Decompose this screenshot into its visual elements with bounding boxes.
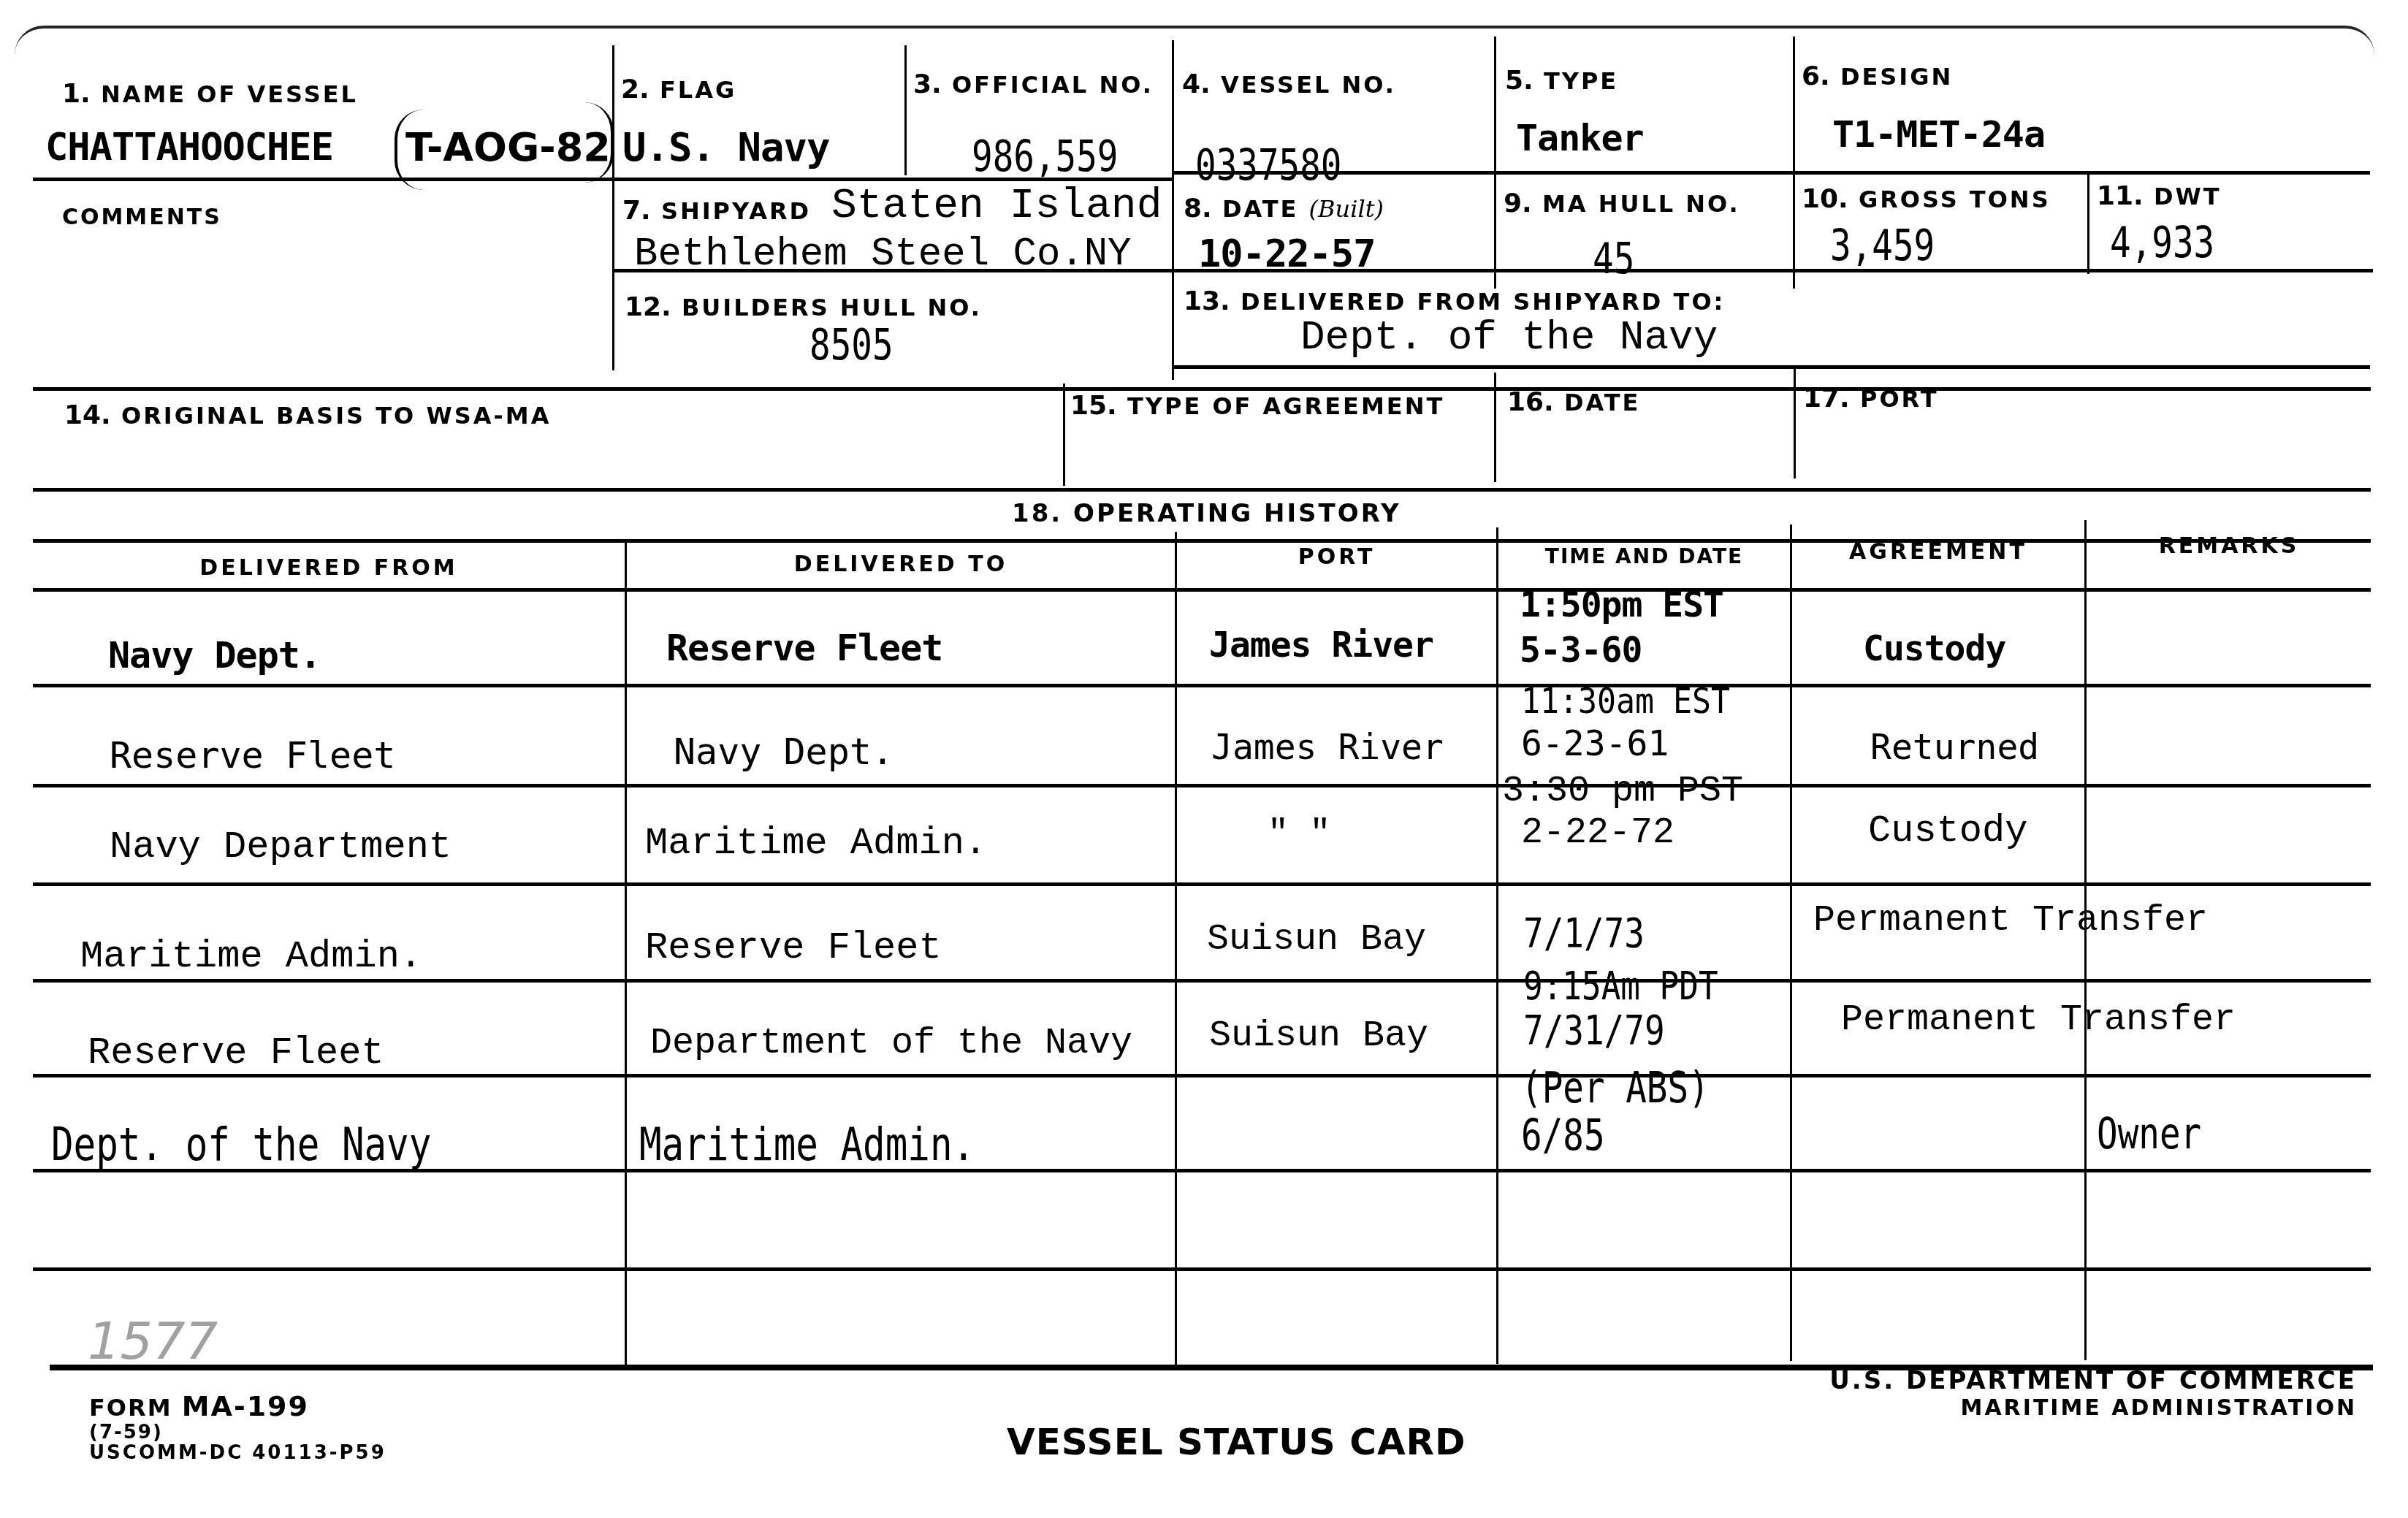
ma-hull-no-label: 9. MA HULL NO.: [1504, 188, 1740, 218]
gross-tons-value: 3,459: [1830, 221, 1935, 270]
cell-delivered-to: Reserve Fleet: [666, 627, 942, 669]
type-of-agreement-label: 15. TYPE OF AGREEMENT: [1070, 391, 1444, 421]
cell-date: 5-3-60: [1520, 630, 1642, 671]
divider: [625, 539, 627, 1368]
builders-hull-no-value: 8505: [809, 320, 894, 370]
cell-port: Suisun Bay: [1207, 919, 1426, 961]
operating-history-title: 18. OPERATING HISTORY: [1012, 499, 1401, 528]
cell-agreement: Custody: [1868, 809, 2027, 853]
cell-time: 3:30 pm PST: [1502, 771, 1743, 812]
shipyard-value-line1: Staten Island: [831, 183, 1162, 230]
name-of-vessel-label: 1. NAME OF VESSEL: [62, 79, 358, 109]
form-revision: (7-59): [89, 1422, 386, 1443]
card-top-edge: [15, 26, 2374, 55]
cell-delivered-from: Navy Department: [110, 825, 451, 869]
divider: [33, 684, 2371, 687]
divider: [1494, 373, 1496, 482]
cell-delivered-from: Dept. of the Navy: [51, 1118, 431, 1171]
cell-agreement: Permanent Transfer: [1813, 900, 2208, 942]
official-no-value: 986,559: [972, 131, 1118, 181]
comments-label: COMMENTS: [62, 205, 222, 230]
cell-time: 1:50pm EST: [1520, 584, 1723, 625]
vessel-no-label: 4. VESSEL NO.: [1182, 69, 1396, 99]
cell-port: Suisun Bay: [1209, 1015, 1428, 1057]
col-header-port: PORT: [1177, 544, 1496, 570]
divider: [1063, 384, 1065, 486]
cell-agreement: Custody: [1863, 628, 2005, 669]
port-label: 17. PORT: [1803, 384, 1939, 413]
flag-label: 2. FLAG: [621, 75, 736, 104]
cell-date: 2-22-72: [1521, 812, 1674, 854]
dwt-label: 11. DWT: [2097, 181, 2222, 211]
hull-designation-handwritten: T-AOG-82: [405, 124, 611, 170]
date-built-value: 10-22-57: [1198, 232, 1375, 276]
divider: [1494, 37, 1496, 289]
cell-date: 7/1/73: [1523, 909, 1645, 957]
divider: [1172, 171, 2370, 175]
cell-delivered-from: Navy Dept.: [108, 634, 321, 676]
delivered-from-shipyard-value: Dept. of the Navy: [1300, 314, 1718, 361]
divider: [1172, 365, 2370, 369]
original-basis-label: 14. ORIGINAL BASIS TO WSA-MA: [64, 400, 551, 430]
form-identifier: FORM MA-199 (7-59) USCOMM-DC 40113-P59: [89, 1392, 386, 1464]
flag-value: U.S. Navy: [622, 124, 830, 170]
cell-time: 9:15Am PDT: [1523, 963, 1718, 1009]
divider: [1794, 369, 1796, 478]
col-header-delivered-to: DELIVERED TO: [627, 552, 1175, 577]
divider: [1172, 40, 1174, 380]
divider: [1496, 527, 1498, 1364]
divider: [33, 488, 2371, 492]
date-built-label: 8. DATE (Built): [1184, 194, 1384, 224]
cell-port: " ": [1268, 815, 1330, 854]
ma-hull-no-value: 45: [1593, 234, 1634, 283]
col-header-delivered-from: DELIVERED FROM: [33, 555, 625, 581]
date-label: 16. DATE: [1507, 387, 1640, 417]
form-number: MA-199: [182, 1390, 309, 1422]
handwritten-paren: [584, 102, 614, 183]
divider: [33, 882, 2371, 886]
col-header-time-and-date: TIME AND DATE: [1498, 544, 1790, 568]
divider: [612, 45, 614, 370]
cell-delivered-to: Maritime Admin.: [639, 1118, 975, 1171]
cell-time: 11:30am EST: [1521, 681, 1730, 722]
cell-date: 7/31/79: [1523, 1007, 1665, 1054]
dwt-value: 4,933: [2110, 218, 2214, 267]
builders-hull-no-label: 12. BUILDERS HULL NO.: [625, 292, 982, 322]
divider: [33, 784, 2371, 787]
divider: [2087, 172, 2089, 274]
cell-delivered-to: Department of the Navy: [650, 1023, 1132, 1064]
divider: [1793, 37, 1795, 289]
card-title: VESSEL STATUS CARD: [1007, 1421, 1466, 1463]
divider: [1175, 532, 1177, 1365]
agency-block: U.S. DEPARTMENT OF COMMERCE MARITIME ADM…: [1829, 1366, 2357, 1421]
vessel-status-card: 1. NAME OF VESSEL CHATTAHOOCHEE T-AOG-82…: [0, 0, 2408, 1518]
handwritten-stamp-number: 1577: [88, 1311, 218, 1371]
form-print-code: USCOMM-DC 40113-P59: [89, 1443, 386, 1464]
cell-agreement: Returned: [1870, 727, 2039, 768]
design-value: T1-MET-24a: [1832, 113, 2045, 156]
official-no-label: 3. OFFICIAL NO.: [913, 69, 1154, 99]
cell-delivered-from: Reserve Fleet: [110, 734, 395, 777]
cell-date: 6/85: [1521, 1110, 1605, 1160]
cell-date: 6-23-61: [1521, 723, 1669, 764]
divider: [33, 588, 2371, 592]
divider: [33, 1267, 2371, 1271]
cell-delivered-from: Maritime Admin.: [80, 935, 422, 978]
type-value: Tanker: [1516, 117, 1644, 159]
form-prefix: FORM: [89, 1394, 172, 1422]
agency-line-2: MARITIME ADMINISTRATION: [1829, 1395, 2357, 1421]
gross-tons-label: 10. GROSS TONS: [1802, 184, 2051, 214]
cell-port: James River: [1211, 727, 1444, 768]
name-of-vessel-value: CHATTAHOOCHEE: [45, 126, 333, 169]
col-header-remarks: REMARKS: [2087, 533, 2371, 559]
col-header-agreement: AGREEMENT: [1792, 539, 2084, 565]
cell-remarks: Owner: [2097, 1109, 2201, 1159]
cell-delivered-from: Reserve Fleet: [88, 1031, 384, 1075]
divider: [33, 979, 2371, 983]
cell-delivered-to: Maritime Admin.: [645, 822, 987, 865]
cell-time: (Per ABS): [1521, 1063, 1710, 1113]
cell-port: James River: [1209, 625, 1433, 665]
cell-delivered-to: Reserve Fleet: [645, 926, 942, 969]
divider: [1790, 525, 1792, 1361]
cell-agreement: Permanent Transfer: [1841, 999, 2236, 1041]
design-label: 6. DESIGN: [1802, 61, 1953, 91]
vessel-no-value: 0337580: [1195, 140, 1341, 190]
delivered-from-shipyard-label: 13. DELIVERED FROM SHIPYARD TO:: [1184, 286, 1725, 316]
divider: [904, 45, 907, 175]
type-label: 5. TYPE: [1505, 66, 1618, 96]
cell-delivered-to: Navy Dept.: [674, 731, 894, 773]
agency-line-1: U.S. DEPARTMENT OF COMMERCE: [1829, 1366, 2357, 1395]
shipyard-label: 7. SHIPYARD: [622, 196, 811, 226]
shipyard-value-line2: Bethlehem Steel Co.NY: [634, 232, 1132, 277]
